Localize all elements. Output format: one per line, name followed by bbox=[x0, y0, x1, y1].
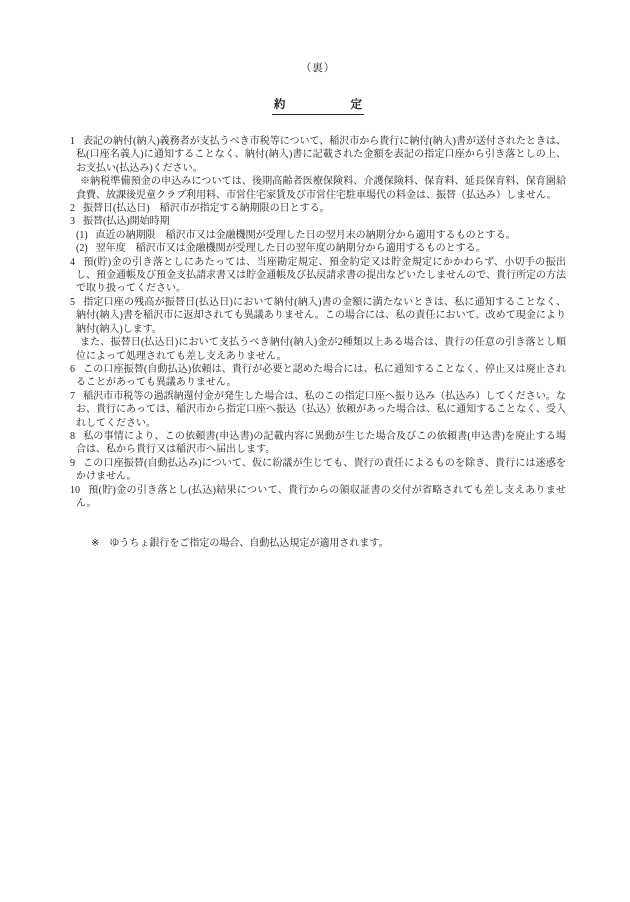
clause-2: 2振替日(払込日) 稲沢市が指定する納期限の日とする。 bbox=[70, 202, 566, 215]
clause-5-number: 5 bbox=[70, 297, 75, 308]
clause-6-text: この口座振替(自動払込)依頼は、貴行が必要と認めた場合には、私に通知することなく… bbox=[76, 364, 566, 388]
clause-7: 7稲沢市市税等の過誤納還付金が発生した場合は、私のこの指定口座へ振り込み（払込み… bbox=[70, 390, 566, 430]
clause-1-note-text: 納税準備預金の申込みについては、後期高齢者医療保険料、介護保険料、保育料、延長保… bbox=[76, 176, 566, 200]
clause-5: 5指定口座の残高が振替日(払込日)において納付(納入)書の金額に満たないときは、… bbox=[70, 296, 566, 336]
clause-10-number: 10 bbox=[70, 485, 80, 496]
clause-1: 1表記の納付(納入)義務者が支払うべき市税等について、稲沢市から貴行に納付(納入… bbox=[70, 135, 566, 175]
clause-9-number: 9 bbox=[70, 458, 75, 469]
title-char-second: 定 bbox=[351, 96, 363, 112]
subitem-2-text: 翌年度 稲沢市又は金融機関が受理した日の翌年度の納期分から適用するものとする。 bbox=[96, 243, 486, 254]
clause-4-text: 預(貯)金の引き落としにあたっては、当座勘定規定、預金約定又は貯金規定にかかわら… bbox=[76, 257, 566, 295]
clause-3-subitem-2: (2)翌年度 稲沢市又は金融機関が受理した日の翌年度の納期分から適用するものとす… bbox=[70, 242, 566, 255]
page-side-label: （裏） bbox=[70, 60, 566, 75]
clause-1-text: 表記の納付(納入)義務者が支払うべき市税等について、稲沢市から貴行に納付(納入)… bbox=[76, 136, 566, 174]
clause-4: 4預(貯)金の引き落としにあたっては、当座勘定規定、預金約定又は貯金規定にかかわ… bbox=[70, 256, 566, 296]
clause-6: 6この口座振替(自動払込)依頼は、貴行が必要と認めた場合には、私に通知することな… bbox=[70, 363, 566, 390]
clause-5-text: 指定口座の残高が振替日(払込日)において納付(納入)書の金額に満たないときは、私… bbox=[76, 297, 566, 335]
agreement-document-page: （裏） 約 定 1表記の納付(納入)義務者が支払うべき市税等について、稲沢市から… bbox=[0, 0, 630, 902]
clause-7-text: 稲沢市市税等の過誤納還付金が発生した場合は、私のこの指定口座へ振り込み（払込み）… bbox=[76, 391, 566, 429]
clause-3-text: 振替(払込)開始時期 bbox=[83, 216, 170, 227]
clause-3: 3振替(払込)開始時期 bbox=[70, 215, 566, 228]
clause-1-note: ※納税準備預金の申込みについては、後期高齢者医療保険料、介護保険料、保育料、延長… bbox=[70, 175, 566, 202]
clause-8-text: 私の事情により、この依頼書(申込書)の記載内容に異動が生じた場合及びこの依頼書(… bbox=[76, 431, 566, 455]
clause-8: 8私の事情により、この依頼書(申込書)の記載内容に異動が生じた場合及びこの依頼書… bbox=[70, 430, 566, 457]
footnote-asterisk-mark: ※ bbox=[91, 538, 99, 549]
agreement-clauses: 1表記の納付(納入)義務者が支払うべき市税等について、稲沢市から貴行に納付(納入… bbox=[70, 135, 566, 510]
clause-8-number: 8 bbox=[70, 431, 75, 442]
clause-10: 10預(貯)金の引き落とし(払込)結果について、貴行からの領収証書の交付が省略さ… bbox=[70, 484, 566, 511]
clause-1-number: 1 bbox=[70, 136, 75, 147]
yucho-bank-footnote-text: ゆうちょ銀行をご指定の場合、自動払込規定が適用されます。 bbox=[109, 538, 388, 549]
clause-6-number: 6 bbox=[70, 364, 75, 375]
note-asterisk-mark: ※ bbox=[80, 176, 90, 187]
title-char-first: 約 bbox=[274, 96, 286, 112]
clause-9-text: この口座振替(自動払込み)について、仮に紛議が生じても、貴行の責任によるものを除… bbox=[76, 458, 566, 482]
clause-3-number: 3 bbox=[70, 216, 75, 227]
document-title-underline: 約 定 bbox=[272, 96, 364, 115]
clause-5-continuation-text: また、振替日(払込日)において支払うべき納付(納入)金が2種類以上ある場合は、貴… bbox=[76, 337, 566, 361]
clause-3-subitem-1: (1)直近の納期限 稲沢市又は金融機関が受理した日の翌月末の納期分から適用するも… bbox=[70, 229, 566, 242]
subitem-1-number: (1) bbox=[76, 230, 88, 241]
clause-2-text: 振替日(払込日) 稲沢市が指定する納期限の日とする。 bbox=[83, 203, 330, 214]
subitem-1-text: 直近の納期限 稲沢市又は金融機関が受理した日の翌月末の納期分から適用するものとす… bbox=[96, 230, 516, 241]
clause-2-number: 2 bbox=[70, 203, 75, 214]
clause-5-continuation: また、振替日(払込日)において支払うべき納付(納入)金が2種類以上ある場合は、貴… bbox=[70, 336, 566, 363]
clause-9: 9この口座振替(自動払込み)について、仮に紛議が生じても、貴行の責任によるものを… bbox=[70, 457, 566, 484]
clause-4-number: 4 bbox=[70, 257, 75, 268]
clause-10-text: 預(貯)金の引き落とし(払込)結果について、貴行からの領収証書の交付が省略されて… bbox=[76, 485, 566, 509]
subitem-2-number: (2) bbox=[76, 243, 88, 254]
document-title: 約 定 bbox=[70, 95, 566, 115]
yucho-bank-footnote: ※ゆうちょ銀行をご指定の場合、自動払込規定が適用されます。 bbox=[70, 537, 566, 550]
clause-7-number: 7 bbox=[70, 391, 75, 402]
